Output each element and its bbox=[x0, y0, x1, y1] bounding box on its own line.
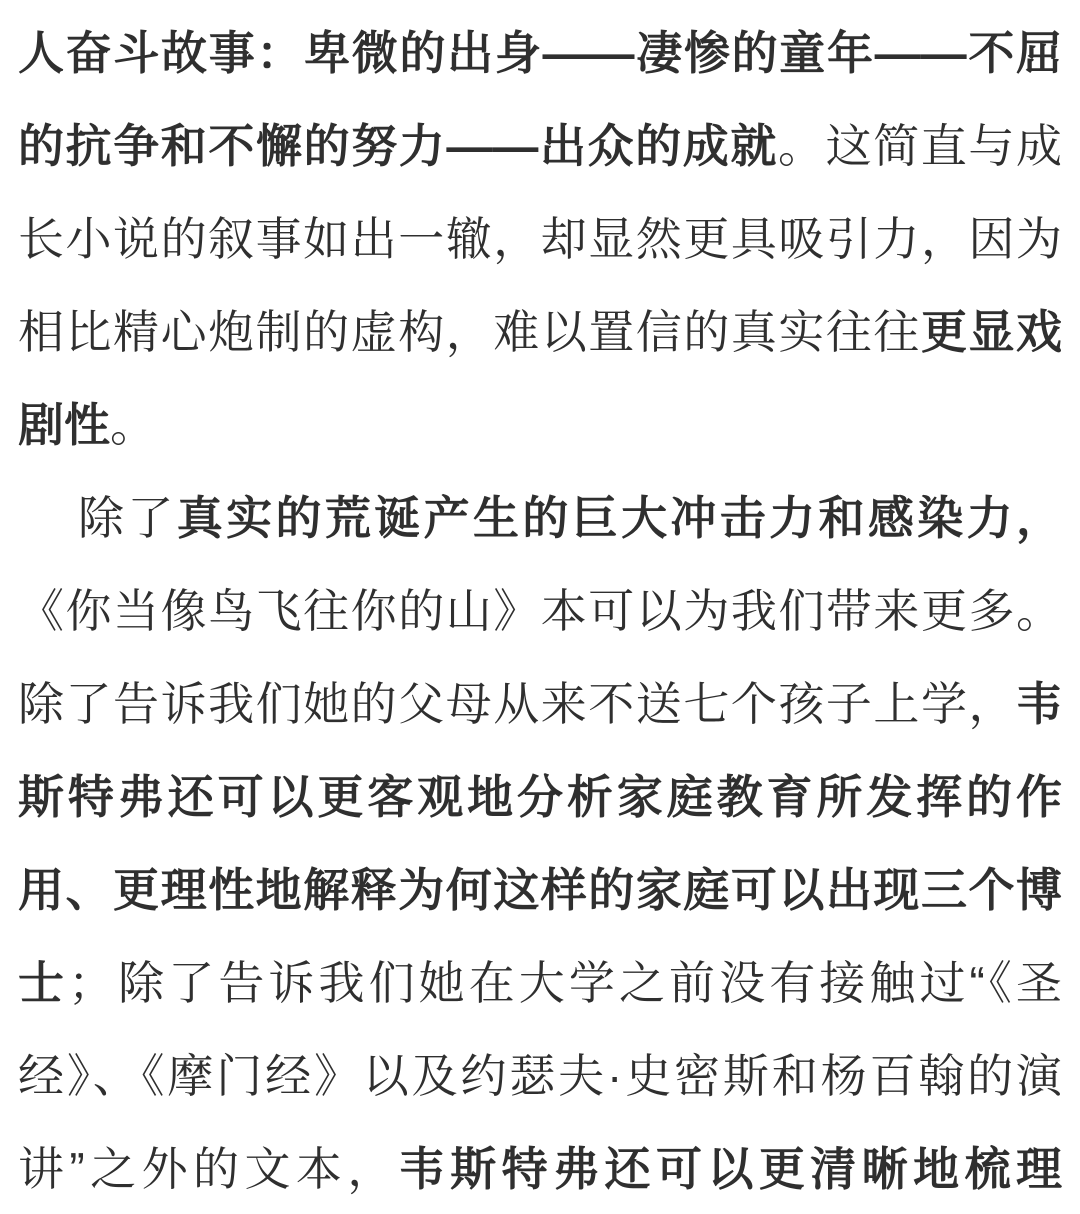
paragraph: 人奋斗故事：卑微的出身——凄惨的童年——不屈的抗争和不懈的努力——出众的成就。这… bbox=[18, 7, 1062, 472]
text-run: 。 bbox=[110, 399, 156, 451]
text-run-bold: 真实的荒诞产生的巨大冲击力和感染力， bbox=[177, 492, 1062, 544]
text-run: 除了 bbox=[78, 492, 177, 544]
text-run: 《你当像鸟飞往你的山》本可以为我们带来更多。除了告诉我们她的父母从来不送七个孩子… bbox=[18, 585, 1062, 730]
article-body: 人奋斗故事：卑微的出身——凄惨的童年——不屈的抗争和不懈的努力——出众的成就。这… bbox=[0, 0, 1080, 1214]
reader-page: 人奋斗故事：卑微的出身——凄惨的童年——不屈的抗争和不懈的努力——出众的成就。这… bbox=[0, 0, 1080, 1214]
text-run-bold: 韦斯特弗还可以更清晰地梳理 bbox=[399, 1143, 1062, 1195]
paragraph: 除了真实的荒诞产生的巨大冲击力和感染力，《你当像鸟飞往你的山》本可以为我们带来更… bbox=[18, 472, 1062, 1214]
